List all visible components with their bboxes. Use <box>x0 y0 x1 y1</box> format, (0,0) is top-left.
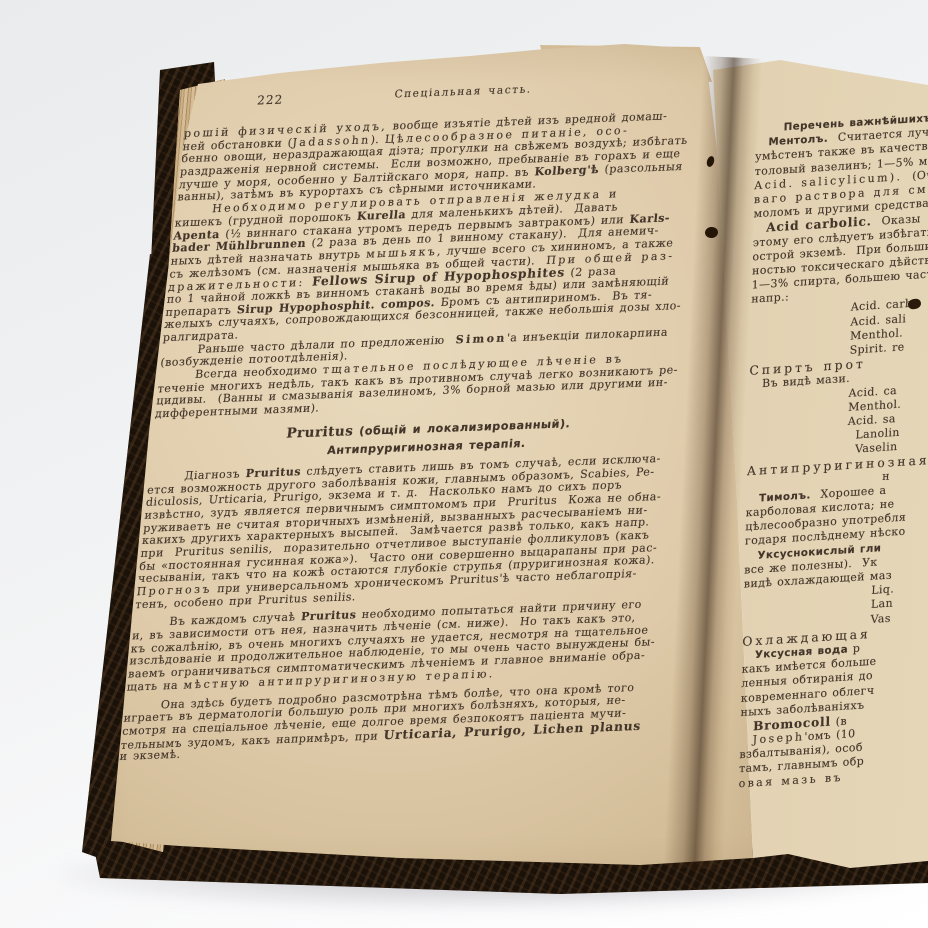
text-segment: р <box>848 642 861 656</box>
text-segment: щать на <box>126 678 184 693</box>
text-segment: Acid. sa <box>848 412 896 428</box>
left-page-text: 222 Спеціальная часть. рошій физическій … <box>119 76 740 764</box>
text-segment: Pruritus <box>286 423 355 442</box>
text-segment: Liq. <box>871 583 894 597</box>
text-segment: н <box>882 469 890 483</box>
text-segment: Lanolin <box>855 426 900 442</box>
text-segment: и экземѣ. <box>119 748 181 763</box>
text-segment: (разсольныя <box>599 160 684 176</box>
text-segment: Spirit. re <box>850 340 905 356</box>
text-segment: Vas <box>870 611 891 625</box>
text-segment: Simon <box>455 331 507 346</box>
right-page-text: Перечень важнѣйшихъМентолъ. Считается лу… <box>738 107 928 791</box>
text-segment: Kolberg'ѣ <box>534 163 600 178</box>
text-segment: Lan <box>871 597 893 611</box>
text-segment: напр.: <box>751 291 789 306</box>
right-page-body: Перечень важнѣйшихъМентолъ. Считается лу… <box>738 107 928 791</box>
text-segment: Vaselin <box>855 440 898 456</box>
left-page-body: рошій физическій уходъ, вообще изъятіе д… <box>119 108 736 764</box>
text-segment: (в <box>831 714 847 728</box>
text-segment: Karls- <box>629 211 671 226</box>
